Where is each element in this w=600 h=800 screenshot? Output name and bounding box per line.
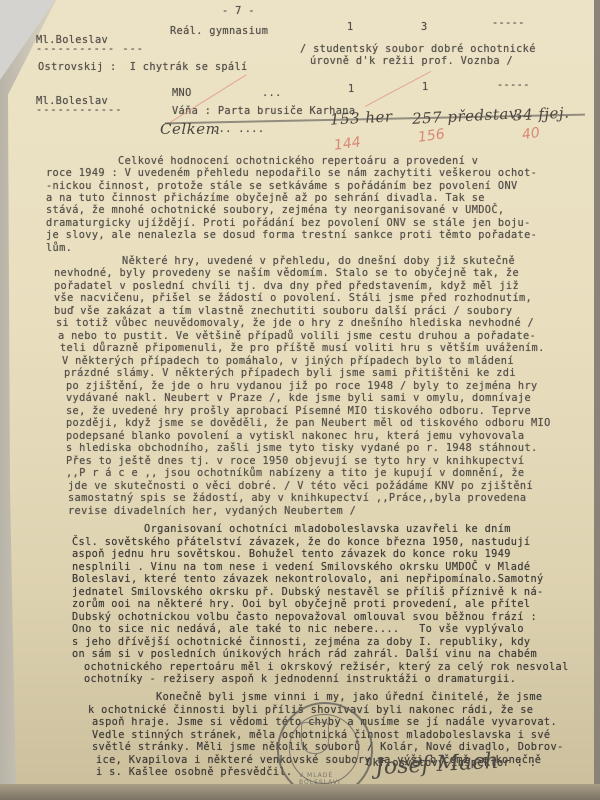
paragraph-3-line: ochotnického repertoáru měl i okrskový r… <box>84 662 569 672</box>
paragraph-1-line: -nickou činnost, protože stále se setkáv… <box>46 181 518 191</box>
paragraph-2-line: nevhodné, byly provedeny se naším vědomí… <box>54 268 519 278</box>
paragraph-3-line: ochotníky - režisery aspoň k jednodenní … <box>84 674 516 684</box>
paragraph-3-line: on sám si v posledních únikových hrách r… <box>72 649 537 659</box>
underline-dashes: ----------- --- <box>36 44 144 54</box>
paragraph-3-line: nesplnili . Vinu na tom nese i vedení Sm… <box>72 562 530 572</box>
total-other: 34 fjej. <box>513 104 570 125</box>
entry-1-note-line1: / studentský soubor dobré ochotnické <box>300 44 536 54</box>
paragraph-1-line: a na tuto činnost přicházíme obyčejně až… <box>46 193 485 203</box>
paragraph-1-line: dramaturgicky ujíždějí. Proti pořádání b… <box>46 218 531 228</box>
paragraph-2-line: po zjištění, že jde o hru vydanou již po… <box>66 381 538 391</box>
paragraph-1-line: stává, že mnohé ochotnické soubory, zejm… <box>46 205 504 215</box>
paragraph-3-line: Ono to sice nic nedává, ale také to nic … <box>72 624 524 634</box>
paragraph-2-line: a nebo to pustit. Ve většině případů vol… <box>58 331 536 341</box>
page-marker: - 7 - <box>222 6 255 16</box>
paragraph-3-line: aspoň jednu hru sovětskou. Bohužel tento… <box>72 549 511 559</box>
paragraph-2-line: si totiž vůbec neuvědomovaly, že jde o h… <box>56 318 534 328</box>
paragraph-2-line: Přes to ještě dnes tj. v roce 1950 objev… <box>66 456 524 466</box>
paragraph-3-line: Čsl. sovětského přátelství závazek, že d… <box>72 537 530 547</box>
paragraph-2-line: s hlediska obchodního, zašli jsme tyto t… <box>66 443 538 453</box>
paragraph-2-line: buď vše zakázat a tím vlastně znechutiti… <box>54 306 512 316</box>
paragraph-1-line: je slovy, ale nenalezla se dosud forma t… <box>46 230 537 240</box>
paragraph-2-line: později, když jsme se dověděli, že pan N… <box>66 418 551 428</box>
underline-dashes: ------------ <box>36 105 122 115</box>
paragraph-3-line: s jeho dřívější ochotnické činnosti, zej… <box>72 637 530 647</box>
entry-2-count-b: 1 <box>422 82 429 92</box>
paragraph-3-line: Dubský ochotnickou volbu často nepovažov… <box>72 612 537 622</box>
paragraph-3-line: zorům ooi na některé hry. Ooi byl obyčej… <box>72 599 530 609</box>
paragraph-2-line: revise divadelních her, vydaných Neubert… <box>68 506 356 516</box>
paragraph-2-line: Některé hry, uvedené v přehledu, do dneš… <box>50 256 515 266</box>
paragraph-4-line: i s. Kašlee osobně přesvědčil. <box>96 767 292 777</box>
paragraph-2-line: prázdné slámy. V některých případech byl… <box>64 368 516 378</box>
paragraph-2-line: vydávané nakl. Neubert v Praze /, kde js… <box>66 393 531 403</box>
paragraph-2-line: ,,P r á c e ,, jsou ochotníkům nabízeny … <box>66 468 524 478</box>
total-plays: 153 her <box>330 107 393 128</box>
paragraph-4-line: Konečně byli jsme vinni i my, jako úředn… <box>84 692 542 702</box>
entry-1-author-line: Ostrovskij : I chytrák se spálí <box>38 62 248 72</box>
paragraph-3-line: Boleslavi, které tento závazek nekontrol… <box>72 574 544 584</box>
red-annotation: 40 <box>521 125 541 143</box>
paragraph-2-line: pořadatel v poslední chvíli tj. dva dny … <box>54 281 519 291</box>
paragraph-2-line: teli důrazně připomenuli, že pro příště … <box>60 343 545 353</box>
paragraph-3-line: jednatel Smilovského okrsku př. Dubský n… <box>72 587 544 597</box>
entry-1-dashes: ----- <box>492 18 525 28</box>
paragraph-3-line: Organisovaní ochotníci mladoboleslavska … <box>72 524 511 534</box>
paragraph-1-line: Celkové hodnocení ochotnického repertoár… <box>46 156 478 166</box>
entry-1-count-a: 1 <box>347 22 354 32</box>
paragraph-1-line: roce 1949 : V uvedeném přehledu nepodaři… <box>46 168 537 178</box>
entry-2-institution: MNO <box>172 88 192 98</box>
paragraph-2-line: samostatný spis se žádostí, aby v knihku… <box>68 493 526 503</box>
paragraph-2-line: jde ve skutečnosti o věci dobré. / V tét… <box>68 481 533 491</box>
table-surface <box>0 784 600 800</box>
paragraph-2-line: podepsané blanko povolení a vytiskl nako… <box>66 431 524 441</box>
entry-2-dots: ... <box>262 88 282 98</box>
paragraph-2-line: vše nacvičenu, přišel se žádostí o povol… <box>54 293 532 303</box>
entry-2-dashes: ----- <box>497 80 530 90</box>
entry-1-institution: Reál. gymnasium <box>170 26 268 36</box>
entry-1-count-b: 3 <box>421 22 428 32</box>
entry-2-count-a: 1 <box>348 84 355 94</box>
entry-2-author-line: Váňa : Parta brusiče Karhana <box>172 106 355 116</box>
paragraph-1-line: lům. <box>46 243 72 253</box>
paragraph-2-line: se, že uvedené hry prošly aprobací Písem… <box>66 406 531 416</box>
paragraph-2-line: V některých případech to pomáhalo, v jin… <box>62 356 514 366</box>
totals-dots: ... .... <box>212 124 264 134</box>
entry-1-note-line2: úrovně d'k režii prof. Voznba / <box>310 56 513 66</box>
coat-of-arms-icon <box>301 722 329 754</box>
